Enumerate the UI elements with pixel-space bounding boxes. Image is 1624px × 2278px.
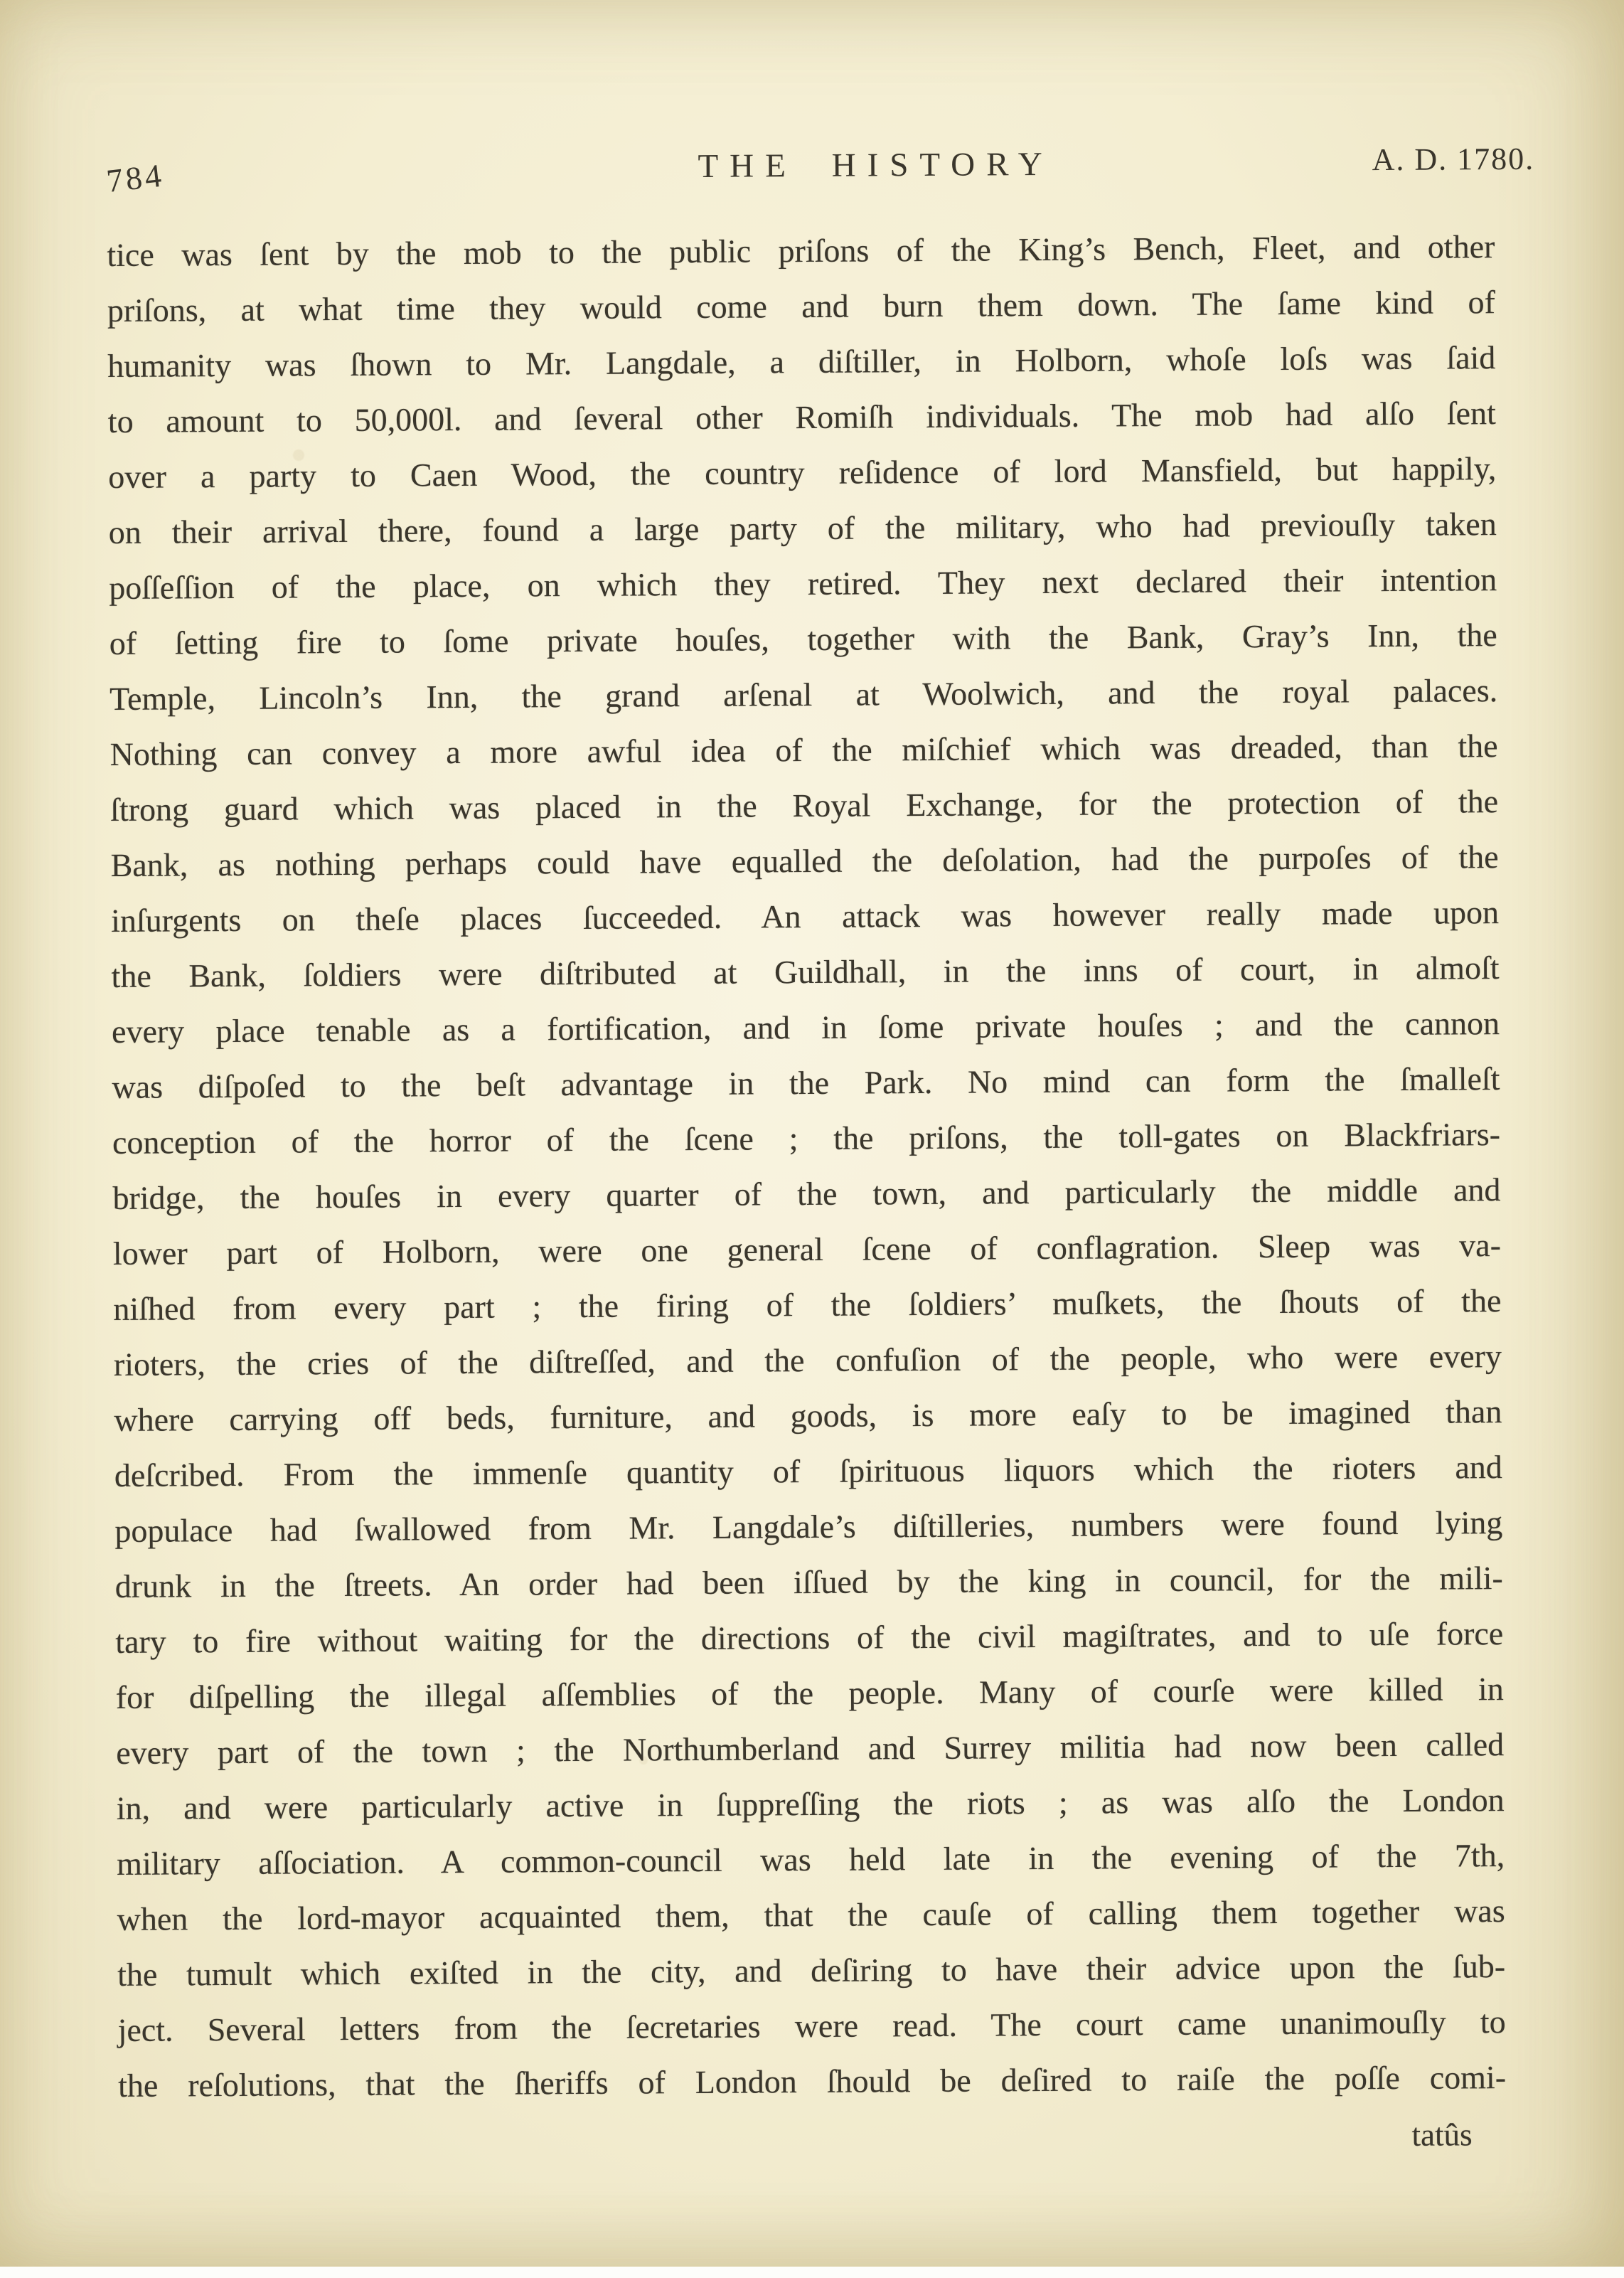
body-text: tice was ſent by the mob to the public p… [107,219,1507,2171]
text-line: Temple, Lincoln’s Inn, the grand arſenal… [109,663,1497,727]
text-line: deſcribed. From the immenſe quantity of … [114,1439,1502,1503]
page-number: 784 [105,156,166,200]
text-line: conception of the horror of the ſcene ; … [112,1107,1500,1171]
scan-bottom-edge [0,2267,1624,2278]
text-line: on their arrival there, found a large pa… [109,496,1497,560]
date-label: A. D. 1780. [1372,141,1534,178]
text-line: of ſetting fire to ſome private houſes, … [109,607,1497,671]
text-line: populace had ſwallowed from Mr. Langdale… [114,1495,1502,1559]
running-title: THE HISTORY [491,144,1259,187]
text-line: bridge, the houſes in every quarter of t… [112,1162,1500,1226]
text-line: the reſolutions, that the ſheriffs of Lo… [118,2050,1506,2114]
text-line: poſſeſſion of the place, on which they r… [109,552,1497,616]
text-line: inſurgents on theſe places ſucceeded. An… [111,885,1499,949]
book-page-scan: 784 THE HISTORY A. D. 1780. tice was ſen… [0,0,1624,2278]
text-line: drunk in the ſtreets. An order had been … [115,1550,1503,1614]
text-line: the Bank, ſoldiers were diſtributed at G… [111,940,1499,1004]
text-line: rioters, the cries of the diſtreſſed, an… [114,1329,1502,1393]
text-line: humanity was ſhown to Mr. Langdale, a di… [107,330,1495,394]
catchword: tatûs [118,2107,1506,2171]
text-line: the tumult which exiſted in the city, an… [117,1939,1505,2003]
text-line: military aſſociation. A common-council w… [117,1828,1505,1892]
text-line: when the lord-mayor acquainted them, tha… [117,1883,1505,1947]
text-line: tary to fire without waiting for the dir… [115,1606,1503,1670]
text-line: ject. Several letters from the ſecretari… [117,1994,1505,2058]
text-line: Bank, as nothing perhaps could have equa… [110,829,1498,893]
text-line: Nothing can convey a more awful idea of … [109,718,1497,782]
text-line: for diſpelling the illegal aſſemblies of… [116,1661,1504,1725]
text-line: every place tenable as a fortification, … [112,996,1500,1060]
text-line: to amount to 50,000l. and ſeveral other … [108,385,1496,449]
text-line: where carrying off beds, furniture, and … [114,1384,1502,1448]
text-line: every part of the town ; the Northumberl… [116,1717,1504,1781]
text-line: niſhed from every part ; the firing of t… [113,1273,1501,1337]
page-content: 784 THE HISTORY A. D. 1780. tice was ſen… [0,0,1624,2278]
text-line: in, and were particularly active in ſupp… [116,1772,1504,1836]
text-line: ſtrong guard which was placed in the Roy… [110,774,1498,838]
text-line: over a party to Caen Wood, the country r… [108,441,1496,505]
text-line: lower part of Holborn, were one general … [113,1218,1501,1282]
text-line: tice was ſent by the mob to the public p… [107,219,1495,283]
text-line: priſons, at what time they would come an… [107,275,1495,339]
text-line: was diſpoſed to the beſt advantage in th… [112,1051,1500,1115]
